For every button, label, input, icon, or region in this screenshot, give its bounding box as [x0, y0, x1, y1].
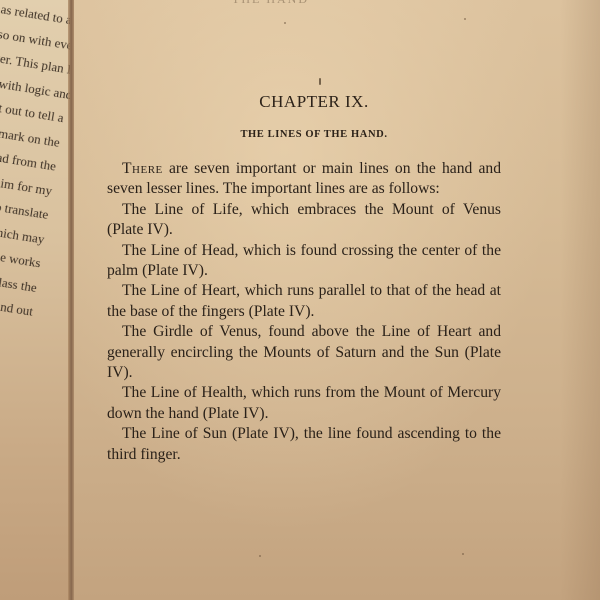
paragraph-line-of-health: The Line of Health, which runs from the …	[107, 383, 501, 424]
open-book-photo: as related to all and so on with every n…	[0, 0, 600, 600]
paper-speck	[462, 553, 464, 555]
chapter-body: There are seven important or main lines …	[107, 159, 501, 465]
paper-speck	[284, 22, 286, 24]
paper-speck	[259, 555, 261, 557]
paragraph-line-of-head: The Line of Head, which is found crossin…	[107, 241, 501, 282]
paragraph-line-of-life: The Line of Life, which embraces the Mou…	[107, 200, 501, 241]
lead-word: There	[122, 160, 163, 177]
paragraph-line-of-sun: The Line of Sun (Plate IV), the line fou…	[107, 424, 501, 465]
chapter-heading: CHAPTER IX.	[0, 92, 600, 112]
running-head: THE HAND	[232, 0, 309, 7]
left-facing-page: as related to all and so on with every n…	[0, 0, 70, 600]
chapter-subtitle: THE LINES OF THE HAND.	[0, 129, 600, 140]
paragraph-intro: There are seven important or main lines …	[107, 159, 501, 200]
paper-speck	[464, 18, 466, 20]
left-page-text: as related to all and so on with every n…	[0, 0, 70, 324]
paragraph-girdle-of-venus: The Girdle of Venus, found above the Lin…	[107, 322, 501, 383]
printer-mark	[319, 78, 321, 85]
paragraph-line-of-heart: The Line of Heart, which runs parallel t…	[107, 281, 501, 322]
